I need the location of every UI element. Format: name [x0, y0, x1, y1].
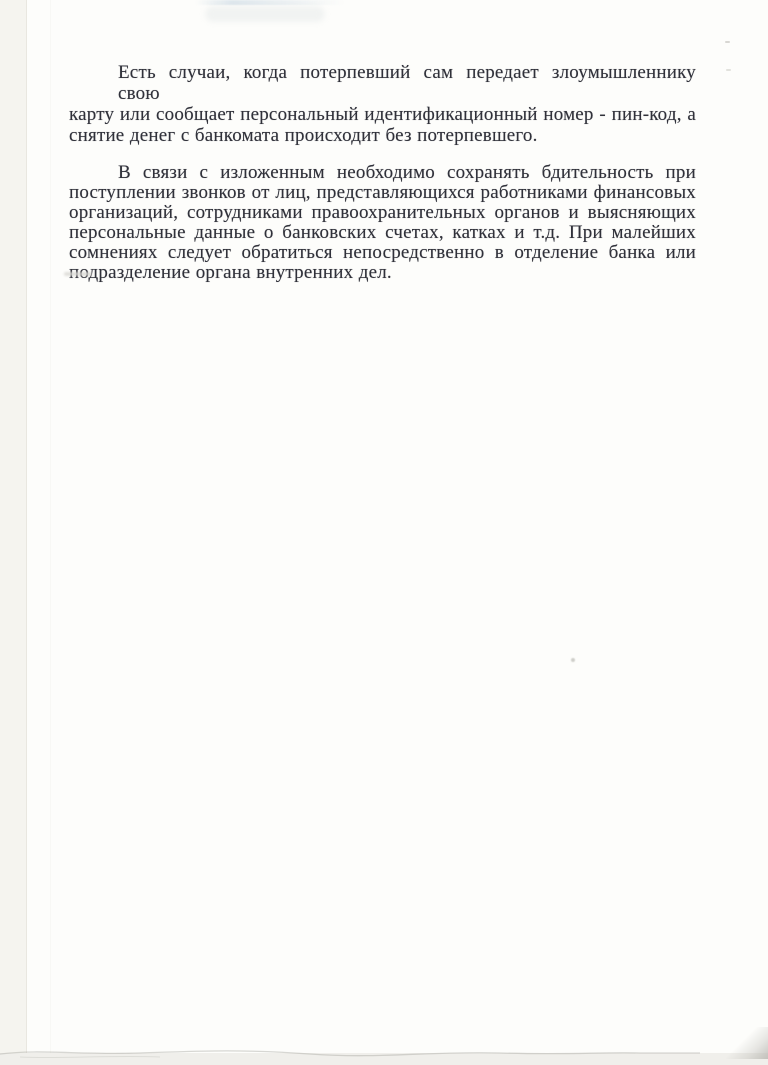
- text-line: подразделение органа внутренних дел.: [69, 263, 696, 283]
- scan-artifact-smudge: [64, 272, 92, 276]
- scan-artifact-top-streak: [195, 0, 345, 5]
- document-text: Есть случаи, когда потерпевший сам перед…: [69, 62, 696, 283]
- scanner-edge-line: [50, 0, 51, 1065]
- scan-artifact-mark: [726, 69, 731, 71]
- page-corner-fold: [726, 1027, 768, 1059]
- text-line: персональные данные о банковских счетах,…: [69, 223, 696, 243]
- scanned-page: Есть случаи, когда потерпевший сам перед…: [0, 0, 768, 1065]
- text-line: поступлении звонков от лиц, представляющ…: [69, 183, 696, 203]
- scan-artifact-mark: [725, 41, 730, 43]
- text-line: снятие денег с банкомата происходит без …: [69, 125, 696, 146]
- text-line: В связи с изложенным необходимо сохранят…: [69, 163, 696, 183]
- page-bottom-edge: [0, 1040, 768, 1065]
- paragraph: Есть случаи, когда потерпевший сам перед…: [69, 62, 696, 146]
- text-line: Есть случаи, когда потерпевший сам перед…: [69, 62, 696, 104]
- text-line: сомнениях следует обратиться непосредств…: [69, 243, 696, 263]
- paragraph: В связи с изложенным необходимо сохранят…: [69, 163, 696, 283]
- text-line: карту или сообщает персональный идентифи…: [69, 104, 696, 125]
- scan-artifact-top-patch: [205, 6, 325, 22]
- text-line: организаций, сотрудниками правоохранител…: [69, 203, 696, 223]
- scanner-edge-strip: [0, 0, 27, 1065]
- scan-artifact-speck: [571, 658, 575, 662]
